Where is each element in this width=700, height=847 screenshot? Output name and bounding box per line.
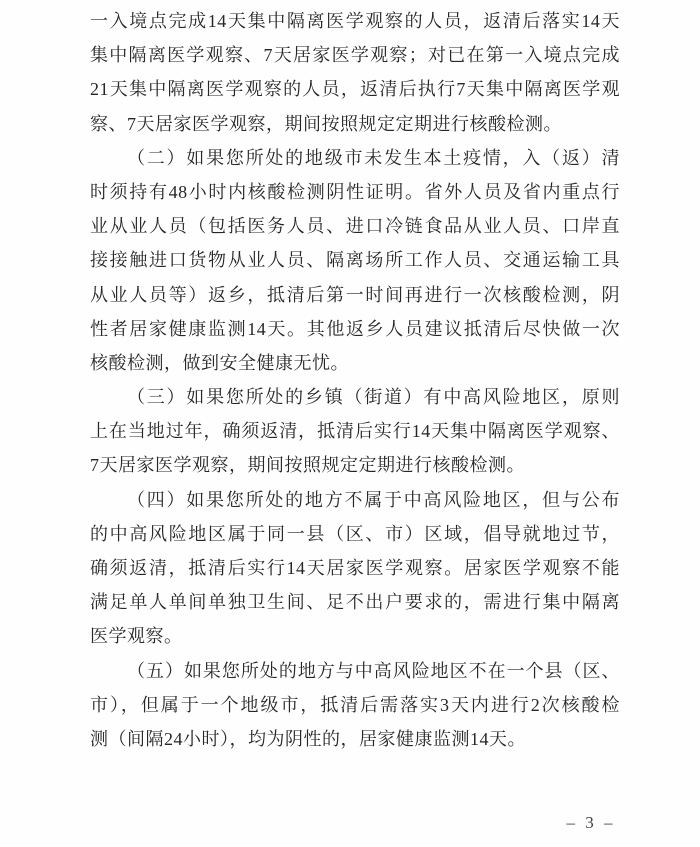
text-line: 市），但属于一个地级市，抵清后需落实3天内进行2次核酸检 xyxy=(90,688,620,722)
text-line: 测（间隔24小时），均为阴性的，居家健康监测14天。 xyxy=(90,722,620,756)
text-line: 集中隔离医学观察、7天居家医学观察；对已在第一入境点完成 xyxy=(90,38,620,72)
document-body: 一入境点完成14天集中隔离医学观察的人员，返清后落实14天集中隔离医学观察、7天… xyxy=(90,4,620,756)
text-line: 的中高风险地区属于同一县（区、市）区域，倡导就地过节， xyxy=(90,517,620,551)
text-line: 确须返清，抵清后实行14天居家医学观察。居家医学观察不能 xyxy=(90,551,620,585)
text-line: 满足单人单间单独卫生间、足不出户要求的，需进行集中隔离 xyxy=(90,585,620,619)
text-line: （三）如果您所处的乡镇（街道）有中高风险地区，原则 xyxy=(90,380,620,414)
text-line: 医学观察。 xyxy=(90,619,620,653)
text-line: （五）如果您所处的地方与中高风险地区不在一个县（区、 xyxy=(90,654,620,688)
text-line: （四）如果您所处的地方不属于中高风险地区，但与公布 xyxy=(90,483,620,517)
text-line: 一入境点完成14天集中隔离医学观察的人员，返清后落实14天 xyxy=(90,4,620,38)
document-page: 一入境点完成14天集中隔离医学观察的人员，返清后落实14天集中隔离医学观察、7天… xyxy=(0,0,700,847)
text-line: 性者居家健康监测14天。其他返乡人员建议抵清后尽快做一次 xyxy=(90,312,620,346)
text-line: 核酸检测，做到安全健康无忧。 xyxy=(90,346,620,380)
text-line: 从业人员等）返乡，抵清后第一时间再进行一次核酸检测，阴 xyxy=(90,278,620,312)
text-line: 21天集中隔离医学观察的人员，返清后执行7天集中隔离医学观 xyxy=(90,72,620,106)
text-line: 时须持有48小时内核酸检测阴性证明。省外人员及省内重点行 xyxy=(90,175,620,209)
text-line: 察、7天居家医学观察，期间按照规定定期进行核酸检测。 xyxy=(90,107,620,141)
text-line: 7天居家医学观察，期间按照规定定期进行核酸检测。 xyxy=(90,448,620,482)
text-line: （二）如果您所处的地级市未发生本土疫情，入（返）清 xyxy=(90,141,620,175)
page-number: – 3 – xyxy=(556,813,626,833)
text-line: 上在当地过年，确须返清，抵清后实行14天集中隔离医学观察、 xyxy=(90,414,620,448)
text-line: 接接触进口货物从业人员、隔离场所工作人员、交通运输工具 xyxy=(90,243,620,277)
text-line: 业从业人员（包括医务人员、进口冷链食品从业人员、口岸直 xyxy=(90,209,620,243)
